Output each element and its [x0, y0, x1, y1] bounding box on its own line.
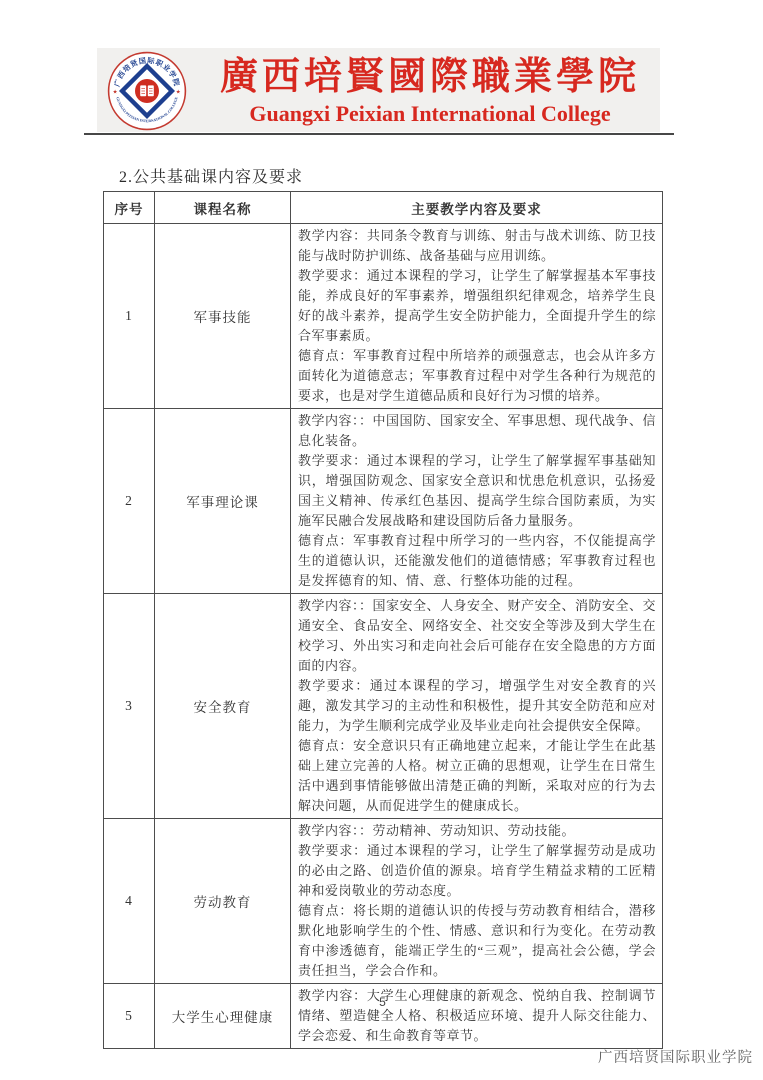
- content-paragraph: 教学内容：共同条令教育与训练、射击与战术训练、防卫技能与战时防护训练、战备基础与…: [298, 226, 656, 266]
- content-paragraph: 教学要求：通过本课程的学习，让学生了解掌握劳动是成功的必由之路、创造价值的源泉。…: [298, 841, 656, 901]
- content-paragraph: 德育点：军事教育过程中所学习的一些内容，不仅能提高学生的道德认识，还能激发他们的…: [298, 531, 656, 591]
- content-paragraph: 德育点：安全意识只有正确地建立起来，才能让学生在此基础上建立完善的人格。树立正确…: [298, 736, 656, 816]
- column-header-course: 课程名称: [155, 192, 291, 224]
- content-paragraph: 教学要求：通过本课程的学习，让学生了解掌握基本军事技能，养成良好的军事素养，增强…: [298, 266, 656, 346]
- course-content-cell: 教学内容：：中国国防、国家安全、军事思想、现代战争、信息化装备。教学要求：通过本…: [291, 409, 663, 594]
- seal-star-right-icon: ★: [176, 88, 181, 95]
- content-paragraph: 教学内容：：中国国防、国家安全、军事思想、现代战争、信息化装备。: [298, 411, 656, 451]
- college-seal-icon: 广西培贤国际职业学院 GUANGXI PEIXIAN INTERNATIONAL…: [107, 51, 187, 131]
- course-content-cell: 教学内容：：劳动精神、劳动知识、劳动技能。教学要求：通过本课程的学习，让学生了解…: [291, 819, 663, 984]
- header-divider: [84, 133, 674, 135]
- table-body: 1 军事技能 教学内容：共同条令教育与训练、射击与战术训练、防卫技能与战时防护训…: [104, 224, 663, 1049]
- column-header-content: 主要教学内容及要求: [291, 192, 663, 224]
- college-name-zh: 廣西培賢國際職業學院: [205, 52, 655, 102]
- content-paragraph: 德育点：军事教育过程中所培养的顽强意志，也会从许多方面转化为道德意志；军事教育过…: [298, 346, 656, 406]
- course-name-cell: 安全教育: [155, 594, 291, 819]
- course-table: 序号 课程名称 主要教学内容及要求 1 军事技能 教学内容：共同条令教育与训练、…: [103, 191, 663, 1049]
- page-number: 5: [103, 995, 662, 1009]
- content-paragraph: 德育点：将长期的道德认识的传授与劳动教育相结合，潜移默化地影响学生的个性、情感、…: [298, 901, 656, 981]
- content-paragraph: 教学要求：通过本课程的学习，让学生了解掌握军事基础知识，增强国防观念、国家安全意…: [298, 451, 656, 531]
- table-row: 3 安全教育 教学内容：：国家安全、人身安全、财产安全、消防安全、交通安全、食品…: [104, 594, 663, 819]
- course-name-cell: 军事理论课: [155, 409, 291, 594]
- row-number-cell: 4: [104, 819, 155, 984]
- course-name-cell: 劳动教育: [155, 819, 291, 984]
- seal-star-left-icon: ★: [113, 88, 118, 95]
- table-row: 2 军事理论课 教学内容：：中国国防、国家安全、军事思想、现代战争、信息化装备。…: [104, 409, 663, 594]
- college-logo: 广西培贤国际职业学院 GUANGXI PEIXIAN INTERNATIONAL…: [107, 51, 187, 131]
- row-number-cell: 3: [104, 594, 155, 819]
- row-number-cell: 2: [104, 409, 155, 594]
- course-name-cell: 军事技能: [155, 224, 291, 409]
- row-number-cell: 5: [104, 984, 155, 1049]
- course-content-cell: 教学内容：大学生心理健康的新观念、悦纳自我、控制调节情绪、塑造健全人格、积极适应…: [291, 984, 663, 1049]
- table-row: 4 劳动教育 教学内容：：劳动精神、劳动知识、劳动技能。教学要求：通过本课程的学…: [104, 819, 663, 984]
- table-row: 1 军事技能 教学内容：共同条令教育与训练、射击与战术训练、防卫技能与战时防护训…: [104, 224, 663, 409]
- college-header: 广西培贤国际职业学院 GUANGXI PEIXIAN INTERNATIONAL…: [97, 48, 660, 132]
- table-row: 5 大学生心理健康 教学内容：大学生心理健康的新观念、悦纳自我、控制调节情绪、塑…: [104, 984, 663, 1049]
- course-content-cell: 教学内容：共同条令教育与训练、射击与战术训练、防卫技能与战时防护训练、战备基础与…: [291, 224, 663, 409]
- content-paragraph: 教学内容：：劳动精神、劳动知识、劳动技能。: [298, 821, 656, 841]
- content-paragraph: 教学内容：：国家安全、人身安全、财产安全、消防安全、交通安全、食品安全、网络安全…: [298, 596, 656, 676]
- section-title: 2.公共基础课内容及要求: [119, 164, 303, 187]
- course-content-cell: 教学内容：：国家安全、人身安全、财产安全、消防安全、交通安全、食品安全、网络安全…: [291, 594, 663, 819]
- document-page: 广西培贤国际职业学院 GUANGXI PEIXIAN INTERNATIONAL…: [0, 0, 763, 1080]
- college-titles: 廣西培賢國際職業學院 Guangxi Peixian International…: [205, 52, 655, 126]
- watermark-text: 广西培贤国际职业学院: [598, 1046, 753, 1067]
- table-header-row: 序号 课程名称 主要教学内容及要求: [104, 192, 663, 224]
- content-paragraph: 教学要求：通过本课程的学习，增强学生对安全教育的兴趣，激发其学习的主动性和积极性…: [298, 676, 656, 736]
- course-name-cell: 大学生心理健康: [155, 984, 291, 1049]
- row-number-cell: 1: [104, 224, 155, 409]
- college-name-en: Guangxi Peixian International College: [205, 102, 655, 126]
- column-header-no: 序号: [104, 192, 155, 224]
